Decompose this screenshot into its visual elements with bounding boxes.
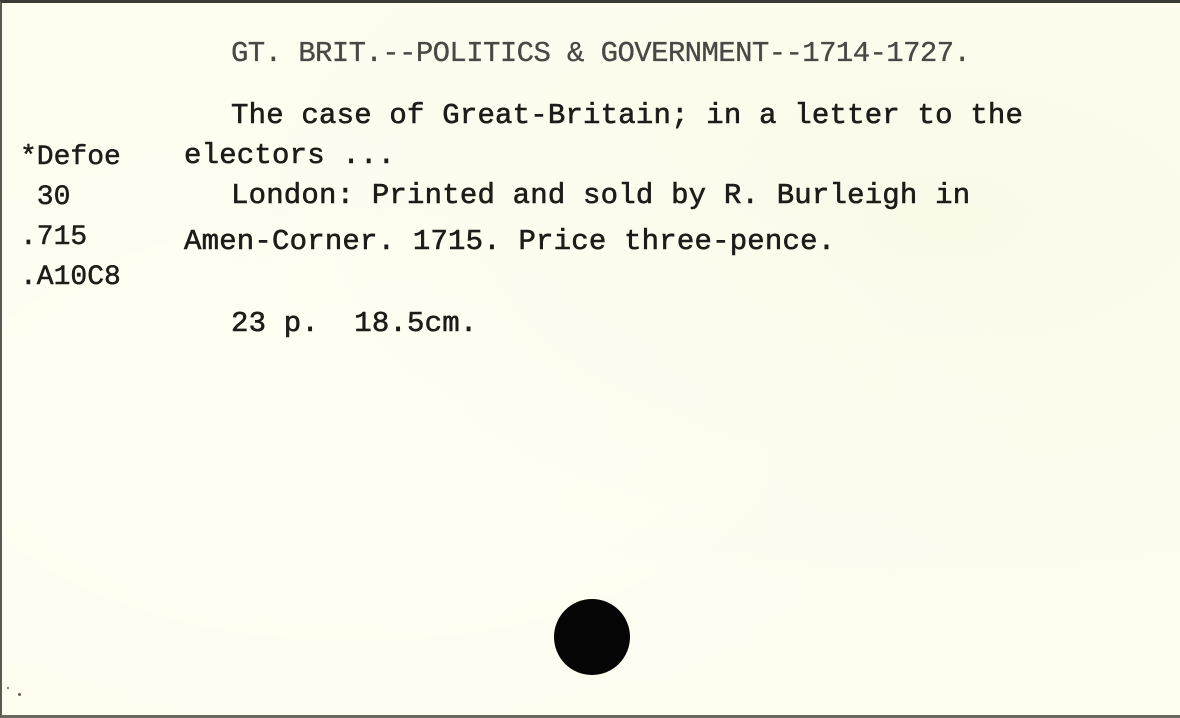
punch-hole	[554, 599, 630, 675]
subject-heading: GT. BRIT.--POLITICS & GOVERNMENT--1714-1…	[231, 39, 970, 68]
call-number-line: .715	[20, 218, 121, 258]
call-number-line: *Defoe	[20, 138, 121, 178]
speck-mark	[18, 693, 21, 696]
imprint-line-2: Amen-Corner. 1715. Price three-pence.	[184, 227, 835, 256]
imprint-line-1: London: Printed and sold by R. Burleigh …	[231, 181, 970, 210]
call-number-line: .A10C8	[20, 258, 121, 298]
title-line-1: The case of Great-Britain; in a letter t…	[231, 101, 1023, 130]
catalog-card: GT. BRIT.--POLITICS & GOVERNMENT--1714-1…	[0, 0, 1180, 718]
collation: 23 p. 18.5cm.	[231, 309, 477, 338]
call-number: *Defoe 30 .715 .A10C8	[20, 138, 121, 298]
speck-mark	[7, 687, 9, 689]
title-line-2: electors ...	[184, 141, 395, 170]
call-number-line: 30	[20, 178, 121, 218]
